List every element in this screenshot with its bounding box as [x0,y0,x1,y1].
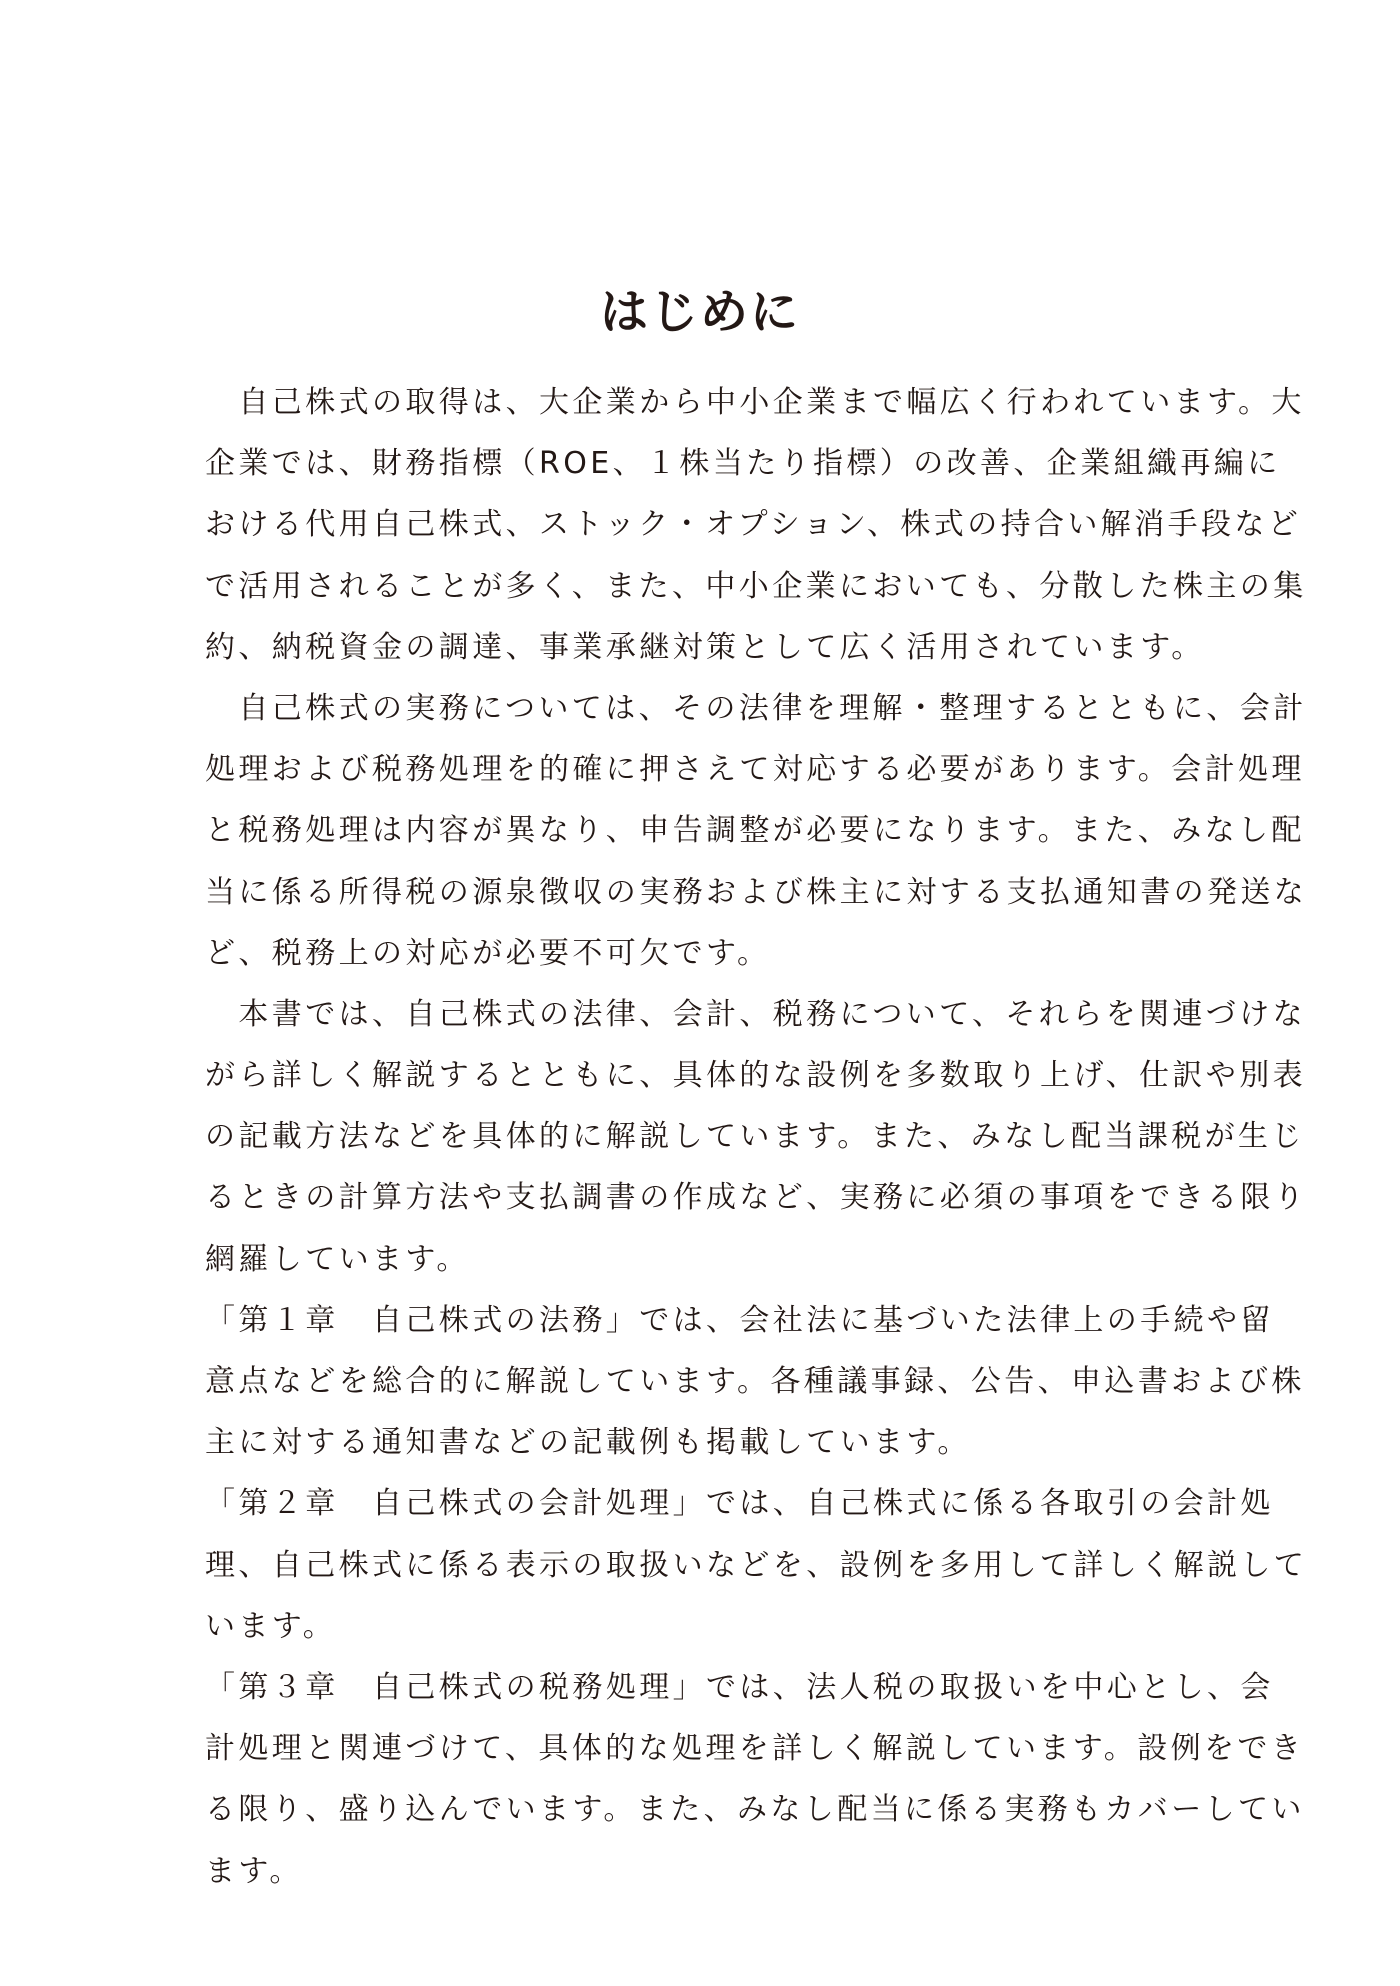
text-line: ど、税務上の対応が必要不可欠です。 [205,923,1215,984]
text-line: る限り、盛り込んでいます。また、みなし配当に係る実務もカバーしてい [205,1779,1215,1840]
body-text: 自己株式の取得は、大企業から中小企業まで幅広く行われています。大 企業では、財務… [205,372,1215,1902]
text-line: 処理および税務処理を的確に押さえて対応する必要があります。会計処理 [205,739,1215,800]
text-line: 意点などを総合的に解説しています。各種議事録、公告、申込書および株 [205,1351,1215,1412]
paragraph-intro: 自己株式の取得は、大企業から中小企業まで幅広く行われています。大 企業では、財務… [205,372,1215,678]
paragraph-chapter-3: 「第３章 自己株式の税務処理」では、法人税の取扱いを中心とし、会 計処理と関連づ… [205,1657,1215,1902]
text-line: るときの計算方法や支払調書の作成など、実務に必須の事項をできる限り [205,1167,1215,1228]
paragraph-chapter-1: 「第１章 自己株式の法務」では、会社法に基づいた法律上の手続や留 意点などを総合… [205,1290,1215,1474]
text-line: 「第３章 自己株式の税務処理」では、法人税の取扱いを中心とし、会 [205,1657,1215,1718]
text-line: ます。 [205,1841,1215,1902]
text-line: 計処理と関連づけて、具体的な処理を詳しく解説しています。設例をでき [205,1718,1215,1779]
document-page: はじめに 自己株式の取得は、大企業から中小企業まで幅広く行われています。大 企業… [0,0,1400,1986]
text-line: 網羅しています。 [205,1229,1215,1290]
text-line: 当に係る所得税の源泉徴収の実務および株主に対する支払通知書の発送な [205,862,1215,923]
text-line: 約、納税資金の調達、事業承継対策として広く活用されています。 [205,617,1215,678]
text-line: の記載方法などを具体的に解説しています。また、みなし配当課税が生じ [205,1106,1215,1167]
text-line: がら詳しく解説するとともに、具体的な設例を多数取り上げ、仕訳や別表 [205,1045,1215,1106]
text-line: 本書では、自己株式の法律、会計、税務について、それらを関連づけな [205,984,1215,1045]
text-line: 自己株式の実務については、その法律を理解・整理するとともに、会計 [205,678,1215,739]
text-line: 「第２章 自己株式の会計処理」では、自己株式に係る各取引の会計処 [205,1473,1215,1534]
text-line: 理、自己株式に係る表示の取扱いなどを、設例を多用して詳しく解説して [205,1535,1215,1596]
text-line: 「第１章 自己株式の法務」では、会社法に基づいた法律上の手続や留 [205,1290,1215,1351]
text-line: で活用されることが多く、また、中小企業においても、分散した株主の集 [205,556,1215,617]
text-line: と税務処理は内容が異なり、申告調整が必要になります。また、みなし配 [205,800,1215,861]
paragraph-chapter-2: 「第２章 自己株式の会計処理」では、自己株式に係る各取引の会計処 理、自己株式に… [205,1473,1215,1657]
paragraph-practice: 自己株式の実務については、その法律を理解・整理するとともに、会計 処理および税務… [205,678,1215,984]
text-line: 自己株式の取得は、大企業から中小企業まで幅広く行われています。大 [205,372,1215,433]
page-title: はじめに [0,280,1400,344]
text-line: 企業では、財務指標（ROE、１株当たり指標）の改善、企業組織再編に [205,433,1215,494]
text-line: おける代用自己株式、ストック・オプション、株式の持合い解消手段など [205,494,1215,555]
text-line: います。 [205,1596,1215,1657]
text-line: 主に対する通知書などの記載例も掲載しています。 [205,1412,1215,1473]
paragraph-book-overview: 本書では、自己株式の法律、会計、税務について、それらを関連づけな がら詳しく解説… [205,984,1215,1290]
